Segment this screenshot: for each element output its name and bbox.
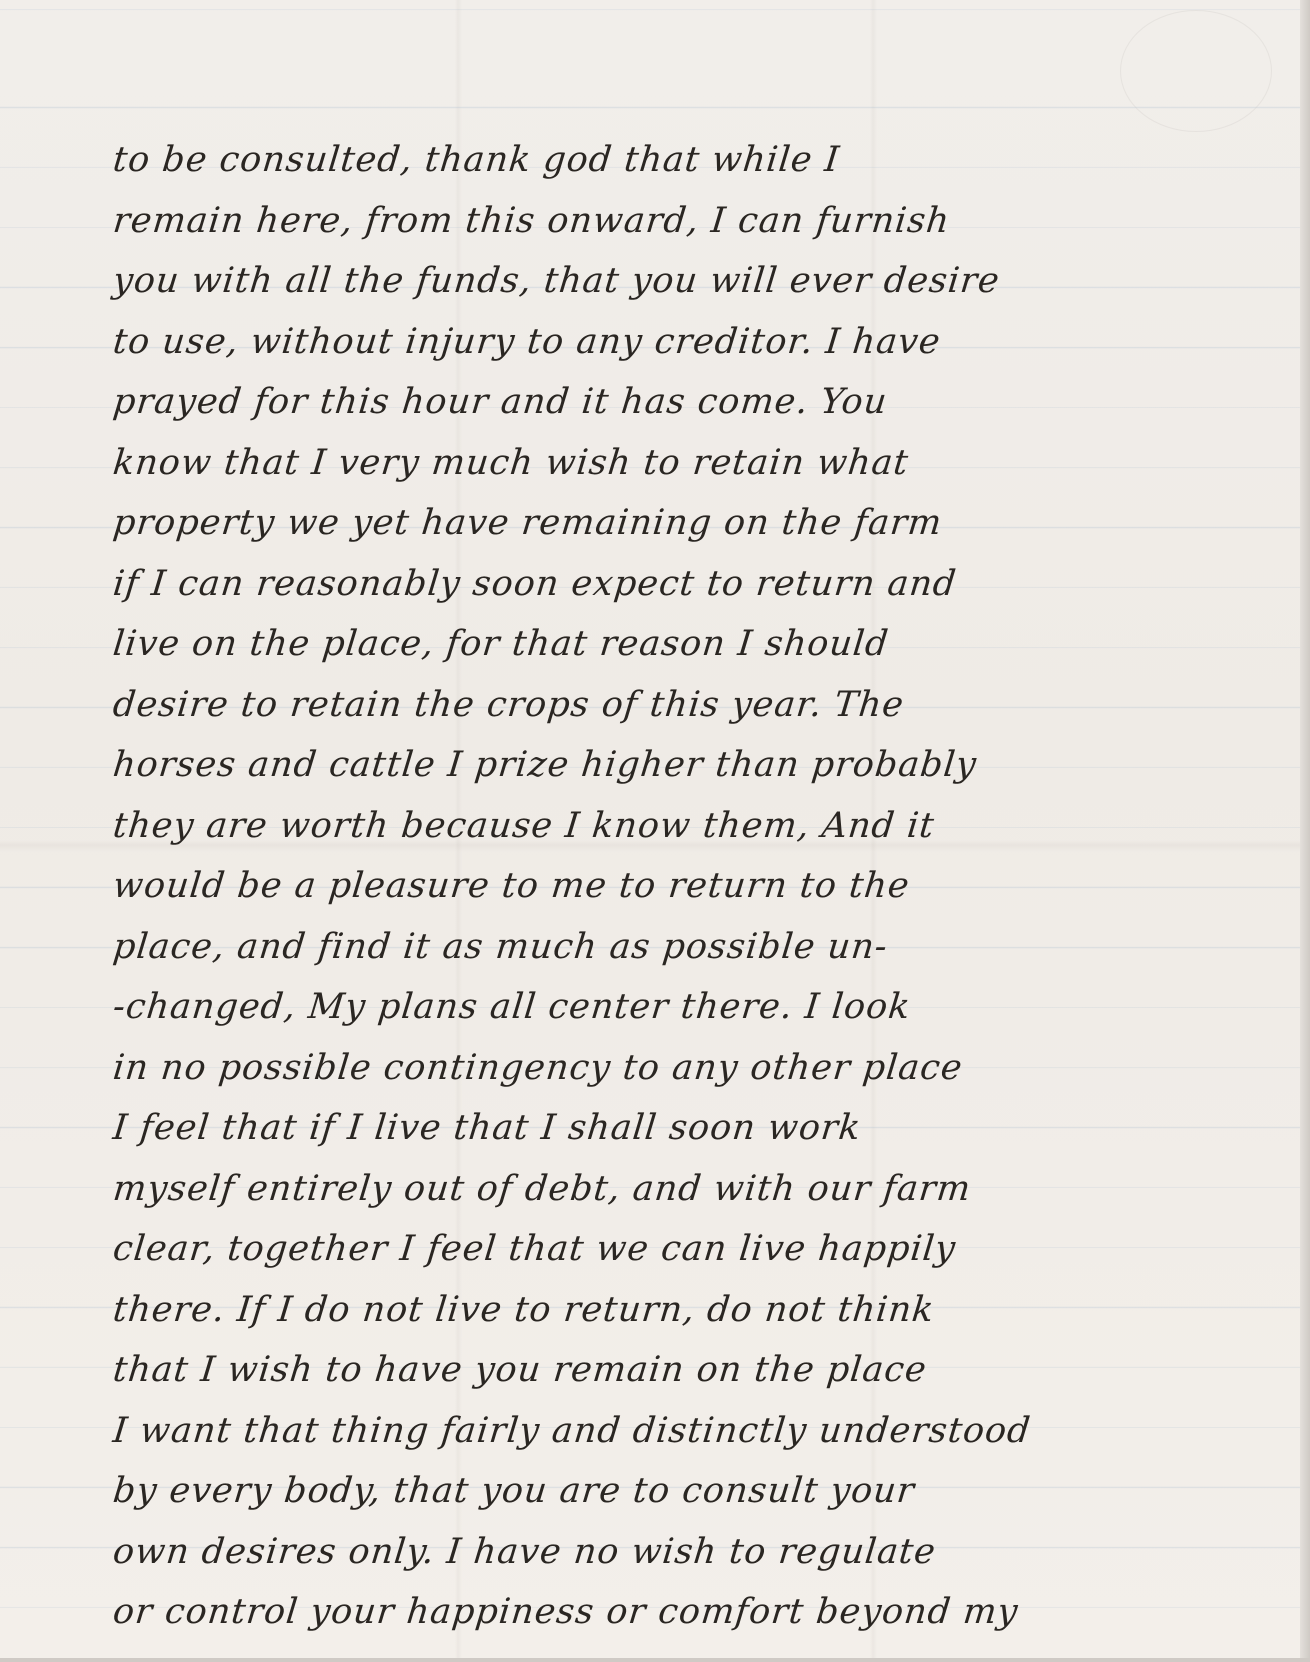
text-line: they are worth because I know them, And …	[110, 796, 1296, 857]
text-line: live on the place, for that reason I sho…	[110, 614, 1296, 675]
text-line: I feel that if I live that I shall soon …	[110, 1098, 1296, 1159]
embossed-stamp	[1120, 10, 1272, 132]
text-line: that I wish to have you remain on the pl…	[110, 1340, 1296, 1401]
text-line: clear, together I feel that we can live …	[110, 1219, 1296, 1280]
text-line: to be consulted, thank god that while I	[110, 130, 1296, 191]
letter-page: to be consulted, thank god that while I …	[0, 0, 1300, 1658]
text-line: own desires only. I have no wish to regu…	[110, 1522, 1296, 1583]
text-line: prayed for this hour and it has come. Yo…	[110, 372, 1296, 433]
text-line: know that I very much wish to retain wha…	[110, 433, 1296, 494]
text-line: desire to retain the crops of this year.…	[110, 675, 1296, 736]
text-line: in no possible contingency to any other …	[110, 1038, 1296, 1099]
page-edge	[1300, 0, 1310, 1662]
text-line: by every body, that you are to consult y…	[110, 1461, 1296, 1522]
text-line: I want that thing fairly and distinctly …	[110, 1401, 1296, 1462]
text-line: place, and find it as much as possible u…	[110, 917, 1296, 978]
text-line: would be a pleasure to me to return to t…	[110, 856, 1296, 917]
text-line: to use, without injury to any creditor. …	[110, 312, 1296, 373]
page-bottom-edge	[0, 1658, 1310, 1662]
text-line: or control your happiness or comfort bey…	[110, 1582, 1296, 1643]
text-line: -changed, My plans all center there. I l…	[110, 977, 1296, 1038]
text-line: remain here, from this onward, I can fur…	[110, 191, 1296, 252]
text-line: myself entirely out of debt, and with ou…	[110, 1159, 1296, 1220]
text-line: horses and cattle I prize higher than pr…	[110, 735, 1296, 796]
text-line: you with all the funds, that you will ev…	[110, 251, 1296, 312]
text-line: property we yet have remaining on the fa…	[110, 493, 1296, 554]
text-line: there. If I do not live to return, do no…	[110, 1280, 1296, 1341]
text-line: if I can reasonably soon expect to retur…	[110, 554, 1296, 615]
handwritten-text: to be consulted, thank god that while I …	[110, 130, 1290, 1643]
